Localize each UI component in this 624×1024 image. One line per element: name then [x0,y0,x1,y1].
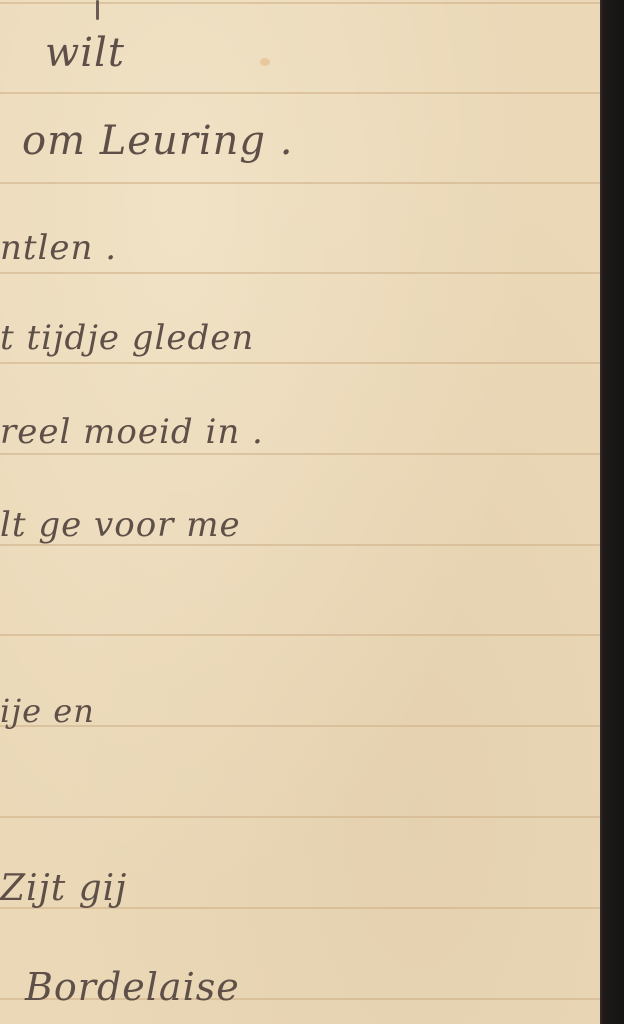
handwriting-line-4: t tijdje gleden [0,318,254,358]
ruled-line [0,634,600,636]
handwriting-line-1: wilt [45,30,125,76]
ruled-line [0,272,600,274]
ruled-line [0,92,600,94]
ruled-line [0,362,600,364]
handwriting-line-7: ije en [0,692,95,730]
manuscript-page: wilt om Leuring . ntlen . t tijdje glede… [0,0,600,1024]
handwriting-line-2: om Leuring . [22,118,293,164]
handwriting-line-3: ntlen . [0,228,117,268]
handwriting-line-5: reel moeid in . [0,412,264,452]
handwriting-line-6: lt ge voor me [0,505,241,545]
ruled-line [0,453,600,455]
ruled-line [0,182,600,184]
paper-stain [260,58,270,66]
handwriting-line-8: Zijt gij [0,868,127,909]
handwriting-line-9: Bordelaise [25,965,240,1009]
binding-edge [600,0,624,1024]
ruled-line [0,816,600,818]
descender-stroke [96,0,99,20]
ruled-line [0,2,600,4]
